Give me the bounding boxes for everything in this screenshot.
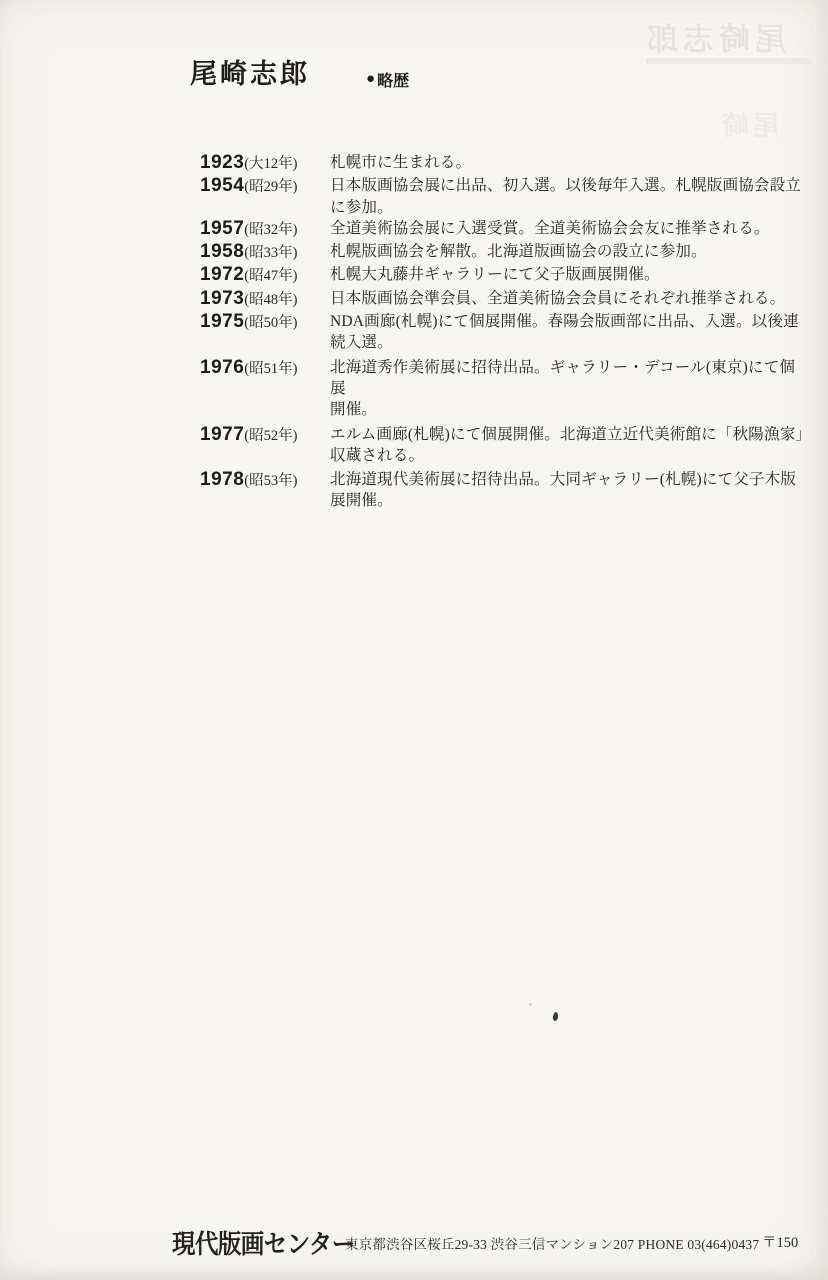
entry-text: 札幌版画協会を解散。北海道版画協会の設立に参加。 [330, 241, 810, 262]
entry-text: 日本版画協会準会員、全道美術協会会員にそれぞれ推挙される。 [330, 288, 810, 309]
year-era: 1958(昭33年) [200, 241, 330, 264]
ink-speck [552, 1012, 558, 1022]
entry-line: 北海道現代美術展に招待出品。大同ギャラリー(札幌)にて父子木版 [330, 469, 810, 490]
entry-line: 展開催。 [330, 490, 810, 511]
year-era: 1957(昭32年) [200, 218, 330, 241]
chronology-row: 1976(昭51年) 北海道秀作美術展に招待出品。ギャラリー・デコール(東京)に… [200, 357, 810, 421]
section-label: 略歴 [377, 68, 409, 91]
postal-code: 〒150 [762, 1231, 798, 1252]
publisher-logo: 現代版画センター [172, 1224, 355, 1261]
year-era: 1973(昭48年) [200, 288, 330, 311]
chronology-row: 1978(昭53年) 北海道現代美術展に招待出品。大同ギャラリー(札幌)にて父子… [200, 469, 810, 512]
year-era: 1923(大12年) [200, 152, 330, 175]
chronology-row: 1958(昭33年) 札幌版画協会を解散。北海道版画協会の設立に参加。 [200, 241, 810, 264]
chronology-row: 1973(昭48年) 日本版画協会準会員、全道美術協会会員にそれぞれ推挙される。 [200, 288, 810, 311]
entry-text: 日本版画協会展に出品、初入選。以後毎年入選。札幌版画協会設立に参加。 [330, 175, 810, 218]
year-era: 1978(昭53年) [200, 469, 330, 492]
era: (昭47年) [244, 268, 297, 284]
bleedthrough-mirrored-partial: 尾崎 [718, 104, 780, 143]
era: (昭32年) [244, 222, 297, 238]
entry-line: 全道美術協会展に入選受賞。全道美術協会会友に推挙される。 [330, 218, 810, 239]
year: 1958 [200, 241, 244, 262]
year: 1975 [200, 311, 244, 332]
year-era: 1972(昭47年) [200, 264, 330, 287]
chronology-row: 1975(昭50年) NDA画廊(札幌)にて個展開催。春陽会版画部に出品、入選。… [200, 311, 810, 354]
year: 1973 [200, 288, 244, 309]
entry-line: NDA画廊(札幌)にて個展開催。春陽会版画部に出品、入選。以後連 [330, 311, 810, 332]
entry-text: 札幌大丸藤井ギャラリーにて父子版画展開催。 [330, 264, 810, 285]
entry-line: 北海道秀作美術展に招待出品。ギャラリー・デコール(東京)にて個展 [330, 357, 810, 400]
artist-name: 尾崎志郎 [190, 52, 310, 91]
publisher-address: 東京都渋谷区桜丘29-33 渋谷三信マンション207 PHONE 03(464)… [345, 1233, 759, 1253]
entry-text: 全道美術協会展に入選受賞。全道美術協会会友に推挙される。 [330, 218, 810, 239]
era: (昭51年) [244, 361, 297, 377]
bullet-icon: ● [366, 72, 375, 87]
year: 1954 [200, 175, 244, 196]
chronology-row: 1972(昭47年) 札幌大丸藤井ギャラリーにて父子版画展開催。 [200, 264, 810, 287]
chronology-row: 1954(昭29年) 日本版画協会展に出品、初入選。以後毎年入選。札幌版画協会設… [200, 175, 810, 218]
entry-line: 続入選。 [330, 332, 810, 353]
era: (大12年) [244, 156, 297, 172]
entry-line: 日本版画協会準会員、全道美術協会会員にそれぞれ推挙される。 [330, 288, 810, 309]
bleedthrough-underline-bar [646, 58, 812, 64]
entry-text: 札幌市に生まれる。 [330, 152, 810, 173]
entry-line: 札幌市に生まれる。 [330, 152, 810, 173]
era: (昭48年) [244, 292, 297, 308]
entry-line: エルム画廊(札幌)にて個展開催。北海道立近代美術館に「秋陽漁家」 [330, 424, 810, 445]
entry-text: 北海道秀作美術展に招待出品。ギャラリー・デコール(東京)にて個展開催。 [330, 357, 810, 421]
year: 1972 [200, 264, 244, 285]
era: (昭52年) [244, 428, 297, 444]
year: 1923 [200, 152, 244, 173]
year-era: 1975(昭50年) [200, 311, 330, 334]
era: (昭33年) [244, 245, 297, 261]
chronology-row: 1923(大12年) 札幌市に生まれる。 [200, 152, 810, 175]
year-era: 1976(昭51年) [200, 357, 330, 380]
entry-line: 札幌大丸藤井ギャラリーにて父子版画展開催。 [330, 264, 810, 285]
era: (昭53年) [244, 473, 297, 489]
bleedthrough-mirrored-title: 尾崎志郎 [642, 14, 786, 59]
chronology-row: 1957(昭32年) 全道美術協会展に入選受賞。全道美術協会会友に推挙される。 [200, 218, 810, 241]
entry-line: 札幌版画協会を解散。北海道版画協会の設立に参加。 [330, 241, 810, 262]
chronology-list: 1923(大12年) 札幌市に生まれる。 1954(昭29年) 日本版画協会展に… [200, 152, 810, 512]
year: 1957 [200, 218, 244, 239]
scanned-document-page: 尾崎志郎 尾崎 尾崎志郎 ● 略歴 1923(大12年) 札幌市に生まれる。 1… [0, 0, 828, 1280]
header: 尾崎志郎 ● 略歴 [190, 52, 409, 91]
entry-line: 開催。 [330, 399, 810, 420]
year-era: 1977(昭52年) [200, 424, 330, 447]
entry-text: 北海道現代美術展に招待出品。大同ギャラリー(札幌)にて父子木版展開催。 [330, 469, 810, 512]
section-heading: ● 略歴 [366, 68, 409, 91]
entry-text: エルム画廊(札幌)にて個展開催。北海道立近代美術館に「秋陽漁家」収蔵される。 [330, 424, 810, 467]
year: 1977 [200, 424, 244, 445]
year: 1976 [200, 357, 244, 378]
year: 1978 [200, 469, 244, 490]
era: (昭29年) [244, 179, 297, 195]
chronology-row: 1977(昭52年) エルム画廊(札幌)にて個展開催。北海道立近代美術館に「秋陽… [200, 424, 810, 467]
year-era: 1954(昭29年) [200, 175, 330, 198]
entry-line: 日本版画協会展に出品、初入選。以後毎年入選。札幌版画協会設立 [330, 175, 810, 196]
entry-line: 収蔵される。 [330, 445, 810, 466]
era: (昭50年) [244, 315, 297, 331]
entry-text: NDA画廊(札幌)にて個展開催。春陽会版画部に出品、入選。以後連続入選。 [330, 311, 810, 354]
ink-speck-faint [529, 1003, 532, 1006]
footer: 現代版画センター 東京都渋谷区桜丘29-33 渋谷三信マンション207 PHON… [0, 1224, 828, 1264]
entry-line: に参加。 [330, 197, 810, 218]
